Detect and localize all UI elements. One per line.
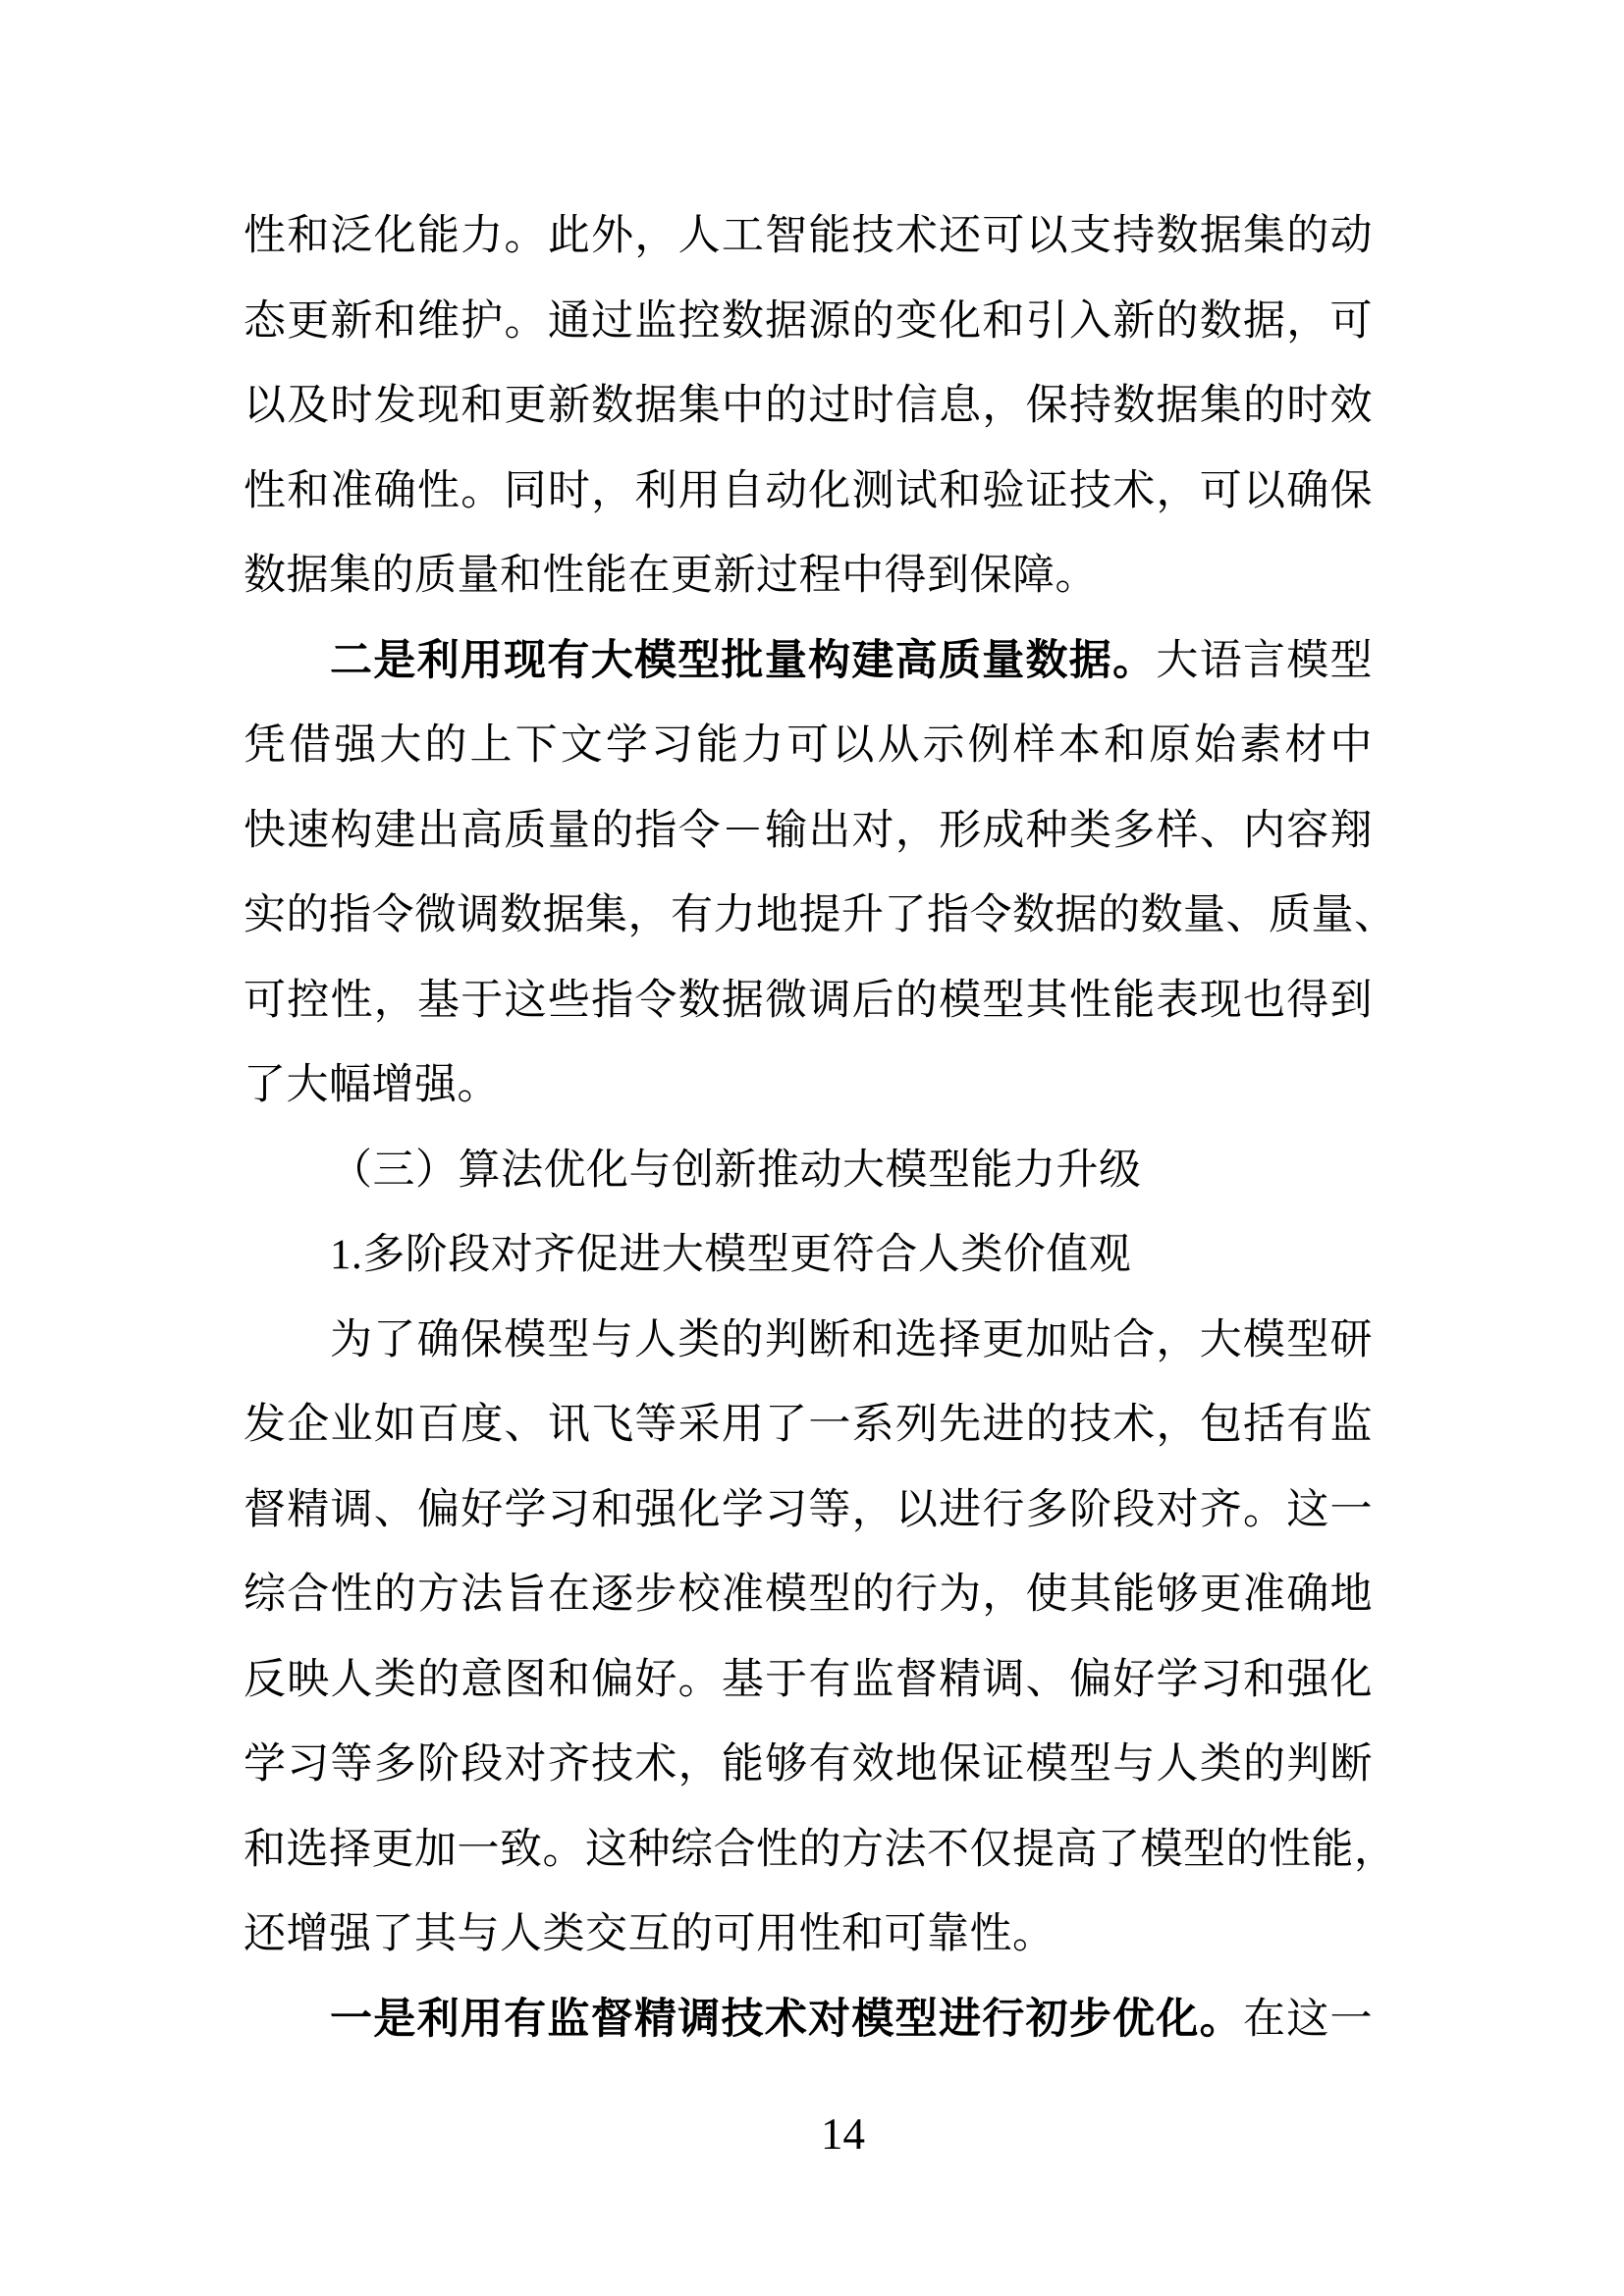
page-number: 14 — [821, 2112, 865, 2157]
text-line: 实的指令微调数据集，有力地提升了指令数据的数量、质量、 — [244, 874, 1373, 959]
text-run: 数据集的质量和性能在更新过程中得到保障。 — [244, 553, 1098, 599]
text-run: 凭借强大的上下文学习能力可以从示例样本和原始素材中 — [244, 722, 1373, 769]
text-line: 以及时发现和更新数据集中的过时信息，保持数据集的时效 — [244, 364, 1373, 450]
text-run: 以及时发现和更新数据集中的过时信息，保持数据集的时效 — [244, 383, 1373, 429]
text-run: 为了确保模型与人类的判断和选择更加贴合，大模型研 — [330, 1317, 1373, 1363]
text-run: 督精调、偏好学习和强化学习等，以进行多阶段对齐。这一 — [244, 1487, 1373, 1533]
text-line: 为了确保模型与人类的判断和选择更加贴合，大模型研 — [244, 1299, 1373, 1384]
text-line: 性和准确性。同时，利用自动化测试和验证技术，可以确保 — [244, 450, 1373, 535]
text-line: 发企业如百度、讯飞等采用了一系列先进的技术，包括有监 — [244, 1383, 1373, 1468]
text-run: 态更新和维护。通过监控数据源的变化和引入新的数据，可 — [244, 298, 1373, 345]
text-line: 态更新和维护。通过监控数据源的变化和引入新的数据，可 — [244, 280, 1373, 365]
bold-text-run: 二是利用现有大模型批量构建高质量数据。 — [330, 638, 1156, 684]
text-run: 综合性的方法旨在逐步校准模型的行为，使其能够更准确地 — [244, 1572, 1373, 1618]
text-line: 凭借强大的上下文学习能力可以从示例样本和原始素材中 — [244, 704, 1373, 789]
text-line: 性和泛化能力。此外，人工智能技术还可以支持数据集的动 — [244, 194, 1373, 280]
text-line: 1.多阶段对齐促进大模型更符合人类价值观 — [244, 1213, 1373, 1299]
text-line: 和选择更加一致。这种综合性的方法不仅提高了模型的性能， — [244, 1808, 1373, 1894]
text-run: （三）算法优化与创新推动大模型能力升级 — [330, 1148, 1142, 1194]
text-run: 性和泛化能力。此外，人工智能技术还可以支持数据集的动 — [244, 213, 1373, 259]
text-line: 可控性，基于这些指令数据微调后的模型其性能表现也得到 — [244, 959, 1373, 1044]
text-line: 还增强了其与人类交互的可用性和可靠性。 — [244, 1893, 1373, 1978]
text-run: 在这一 — [1243, 1997, 1373, 2043]
text-run: 可控性，基于这些指令数据微调后的模型其性能表现也得到 — [244, 978, 1373, 1024]
bold-text-run: 一是利用有监督精调技术对模型进行初步优化。 — [330, 1997, 1243, 2043]
text-line: 了大幅增强。 — [244, 1043, 1373, 1129]
document-page: 性和泛化能力。此外，人工智能技术还可以支持数据集的动态更新和维护。通过监控数据源… — [0, 0, 1624, 2296]
text-line: 反映人类的意图和偏好。基于有监督精调、偏好学习和强化 — [244, 1638, 1373, 1724]
page-body-text: 性和泛化能力。此外，人工智能技术还可以支持数据集的动态更新和维护。通过监控数据源… — [244, 194, 1373, 2062]
text-line: 快速构建出高质量的指令－输出对，形成种类多样、内容翔 — [244, 789, 1373, 875]
text-line: 综合性的方法旨在逐步校准模型的行为，使其能够更准确地 — [244, 1553, 1373, 1638]
text-line: 一是利用有监督精调技术对模型进行初步优化。在这一 — [244, 1978, 1373, 2063]
text-run: 快速构建出高质量的指令－输出对，形成种类多样、内容翔 — [244, 808, 1373, 854]
text-run: 大语言模型 — [1156, 638, 1373, 684]
text-line: 学习等多阶段对齐技术，能够有效地保证模型与人类的判断 — [244, 1723, 1373, 1808]
text-run: 实的指令微调数据集，有力地提升了指令数据的数量、质量、 — [244, 892, 1397, 938]
text-run: 还增强了其与人类交互的可用性和可靠性。 — [244, 1911, 1056, 1957]
text-line: 二是利用现有大模型批量构建高质量数据。大语言模型 — [244, 619, 1373, 705]
text-run: 反映人类的意图和偏好。基于有监督精调、偏好学习和强化 — [244, 1657, 1373, 1703]
text-line: 督精调、偏好学习和强化学习等，以进行多阶段对齐。这一 — [244, 1468, 1373, 1554]
text-run: 了大幅增强。 — [244, 1062, 500, 1108]
text-run: 和选择更加一致。这种综合性的方法不仅提高了模型的性能， — [244, 1827, 1397, 1873]
text-run: 性和准确性。同时，利用自动化测试和验证技术，可以确保 — [244, 468, 1373, 514]
text-run: 1.多阶段对齐促进大模型更符合人类价值观 — [330, 1232, 1131, 1278]
text-run: 学习等多阶段对齐技术，能够有效地保证模型与人类的判断 — [244, 1741, 1373, 1788]
text-line: 数据集的质量和性能在更新过程中得到保障。 — [244, 534, 1373, 619]
text-run: 发企业如百度、讯飞等采用了一系列先进的技术，包括有监 — [244, 1402, 1373, 1448]
text-line: （三）算法优化与创新推动大模型能力升级 — [244, 1129, 1373, 1214]
